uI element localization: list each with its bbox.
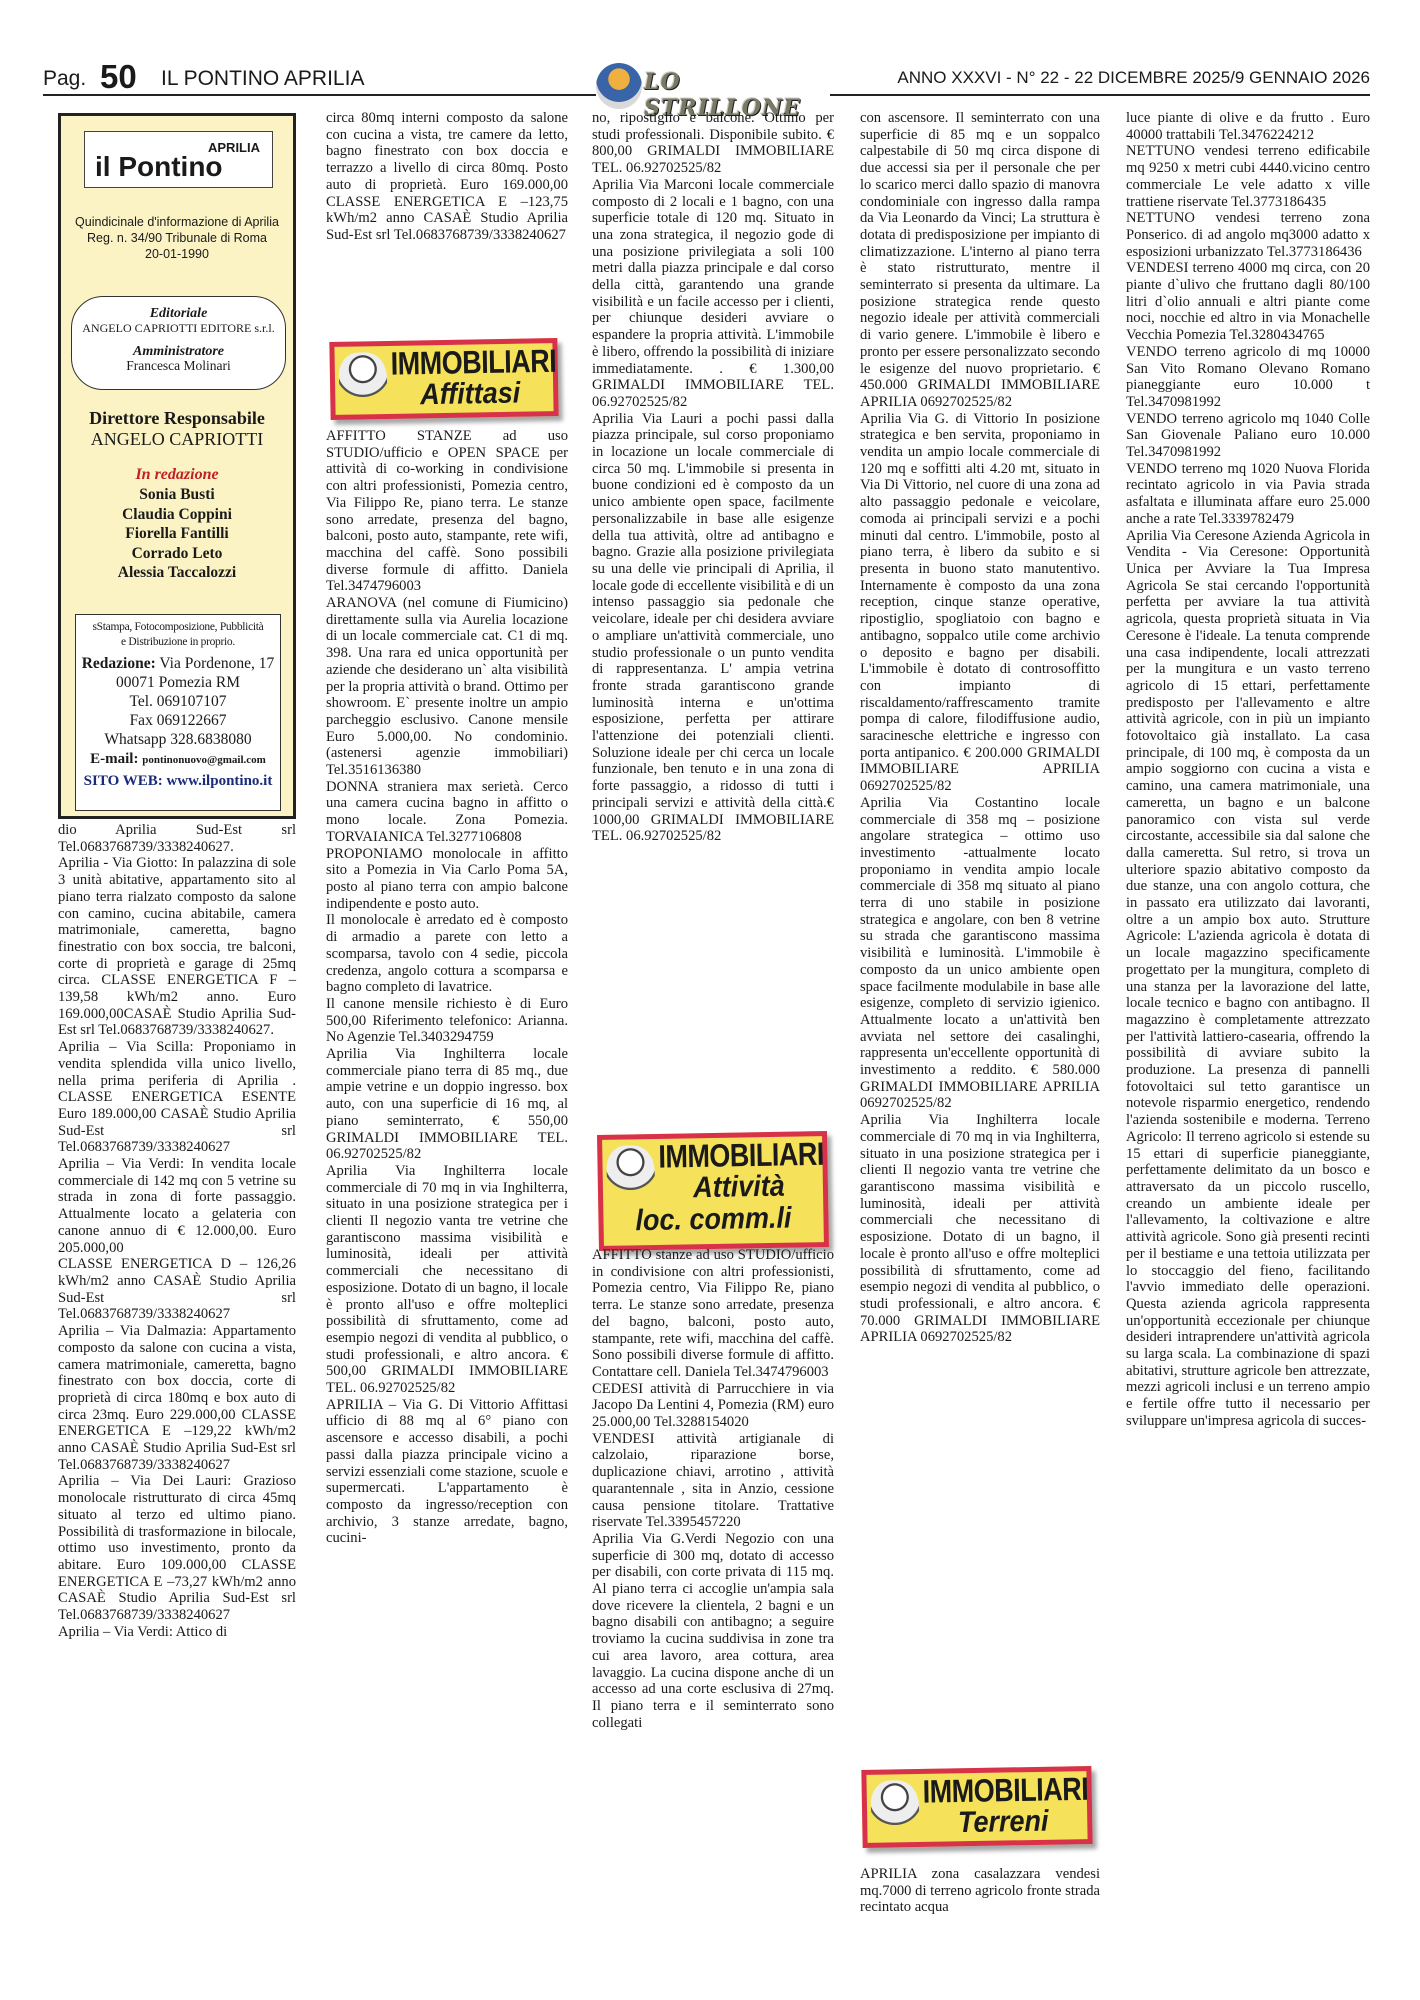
email-line: E-mail: pontinonuovo@gmail.com bbox=[76, 749, 280, 771]
email-link[interactable]: pontinonuovo@gmail.com bbox=[142, 754, 266, 766]
classified-ad: NETTUNO vendesi terreno zona Ponserico. … bbox=[1126, 210, 1370, 260]
classified-ad: Aprilia Via G.Verdi Negozio con una supe… bbox=[592, 1531, 834, 1731]
classified-ad: dio Aprilia Sud-Est srl Tel.0683768739/3… bbox=[58, 822, 296, 855]
banner-subtitle: Terreni bbox=[923, 1804, 1084, 1841]
website-link[interactable]: SITO WEB: www.ilpontino.it bbox=[76, 771, 280, 792]
brand-name: il Pontino bbox=[95, 151, 223, 183]
whatsapp: Whatsapp 328.6838080 bbox=[76, 730, 280, 749]
classified-ad: Il canone mensile richiesto è di Euro 50… bbox=[326, 996, 568, 1046]
banner-subtitle-2: loc. comm.li bbox=[603, 1201, 824, 1239]
director-name: ANGELO CAPRIOTTI bbox=[61, 429, 293, 450]
classified-ad: Il monolocale è arredato ed è composto d… bbox=[326, 912, 568, 996]
publication-title: IL PONTINO APRILIA bbox=[161, 67, 364, 91]
redazione-address-label: Redazione: bbox=[82, 655, 156, 672]
header-rule bbox=[830, 94, 1370, 96]
staff-member: Alessia Taccalozzi bbox=[61, 563, 293, 583]
classified-ad: VENDESI attività artigianale di calzolai… bbox=[592, 1431, 834, 1531]
staff-member: Sonia Busti bbox=[61, 485, 293, 505]
newsboy-mascot-icon bbox=[596, 63, 642, 109]
newsboy-mascot-icon bbox=[606, 1145, 655, 1202]
publisher-box: Editoriale ANGELO CAPRIOTTI EDITORE s.r.… bbox=[71, 296, 286, 390]
director-label: Direttore Responsabile bbox=[61, 408, 293, 429]
classified-ad: AFFITTO stanze ad uso STUDIO/ufficio in … bbox=[592, 1247, 834, 1381]
classified-ad: Aprilia – Via Scilla: Proponiamo in vend… bbox=[58, 1039, 296, 1156]
classified-ad: Aprilia Via Inghilterra locale commercia… bbox=[326, 1163, 568, 1397]
classified-ad: AFFITTO STANZE ad uso STUDIO/ufficio e O… bbox=[326, 428, 568, 595]
page-label: Pag. bbox=[43, 67, 86, 91]
staff-member: Claudia Coppini bbox=[61, 505, 293, 525]
classified-ad: APRILIA – Via G. Di Vittorio Affittasi u… bbox=[326, 1397, 568, 1547]
redazione-address: Redazione: Via Pordenone, 17 bbox=[76, 654, 280, 673]
masthead-box: APRILIA il Pontino Quindicinale d'inform… bbox=[58, 113, 296, 819]
banner-subtitle: Affittasi bbox=[391, 376, 550, 413]
classified-ad: ARANOVA (nel comune di Fiumicino) dirett… bbox=[326, 595, 568, 779]
issue-date: ANNO XXXVI - N° 22 - 22 DICEMBRE 2025/9 … bbox=[897, 68, 1370, 88]
phone: Tel. 069107107 bbox=[76, 692, 280, 711]
classified-ad: Aprilia – Via Dei Lauri: Grazioso monolo… bbox=[58, 1473, 296, 1623]
city: 00071 Pomezia RM bbox=[76, 673, 280, 692]
classified-ad: Aprilia Via Inghilterra locale commercia… bbox=[860, 1112, 1100, 1346]
classified-ad: APRILIA zona casalazzara vendesi mq.7000… bbox=[860, 1866, 1100, 1916]
classified-ad: VENDO terreno agricolo mq 1040 Colle San… bbox=[1126, 411, 1370, 461]
classified-ad: Aprilia Via Inghilterra locale commercia… bbox=[326, 1046, 568, 1163]
classified-ad: Aprilia – Via Verdi: Attico di bbox=[58, 1624, 296, 1641]
editoriale-label: Editoriale bbox=[72, 307, 285, 321]
brand-logo: APRILIA il Pontino bbox=[84, 131, 273, 188]
column-1: dio Aprilia Sud-Est srl Tel.0683768739/3… bbox=[58, 822, 296, 1640]
page-header-left: Pag. 50 IL PONTINO APRILIA bbox=[43, 56, 603, 96]
column-2-bottom: AFFITTO STANZE ad uso STUDIO/ufficio e O… bbox=[326, 428, 568, 1547]
page-header-right: ANNO XXXVI - N° 22 - 22 DICEMBRE 2025/9 … bbox=[830, 56, 1375, 96]
amministratore-name: Francesca Molinari bbox=[72, 359, 285, 373]
classified-ad: circa 80mq interni composto da salone co… bbox=[326, 110, 568, 244]
staff-member: Corrado Leto bbox=[61, 544, 293, 564]
classified-ad: VENDO terreno agricolo di mq 10000 San V… bbox=[1126, 344, 1370, 411]
publisher-name: ANGELO CAPRIOTTI EDITORE s.r.l. bbox=[72, 321, 285, 335]
classified-ad: Aprilia Via Costantino locale commercial… bbox=[860, 795, 1100, 1112]
classified-ad: Aprilia – Via Dalmazia: Appartamento com… bbox=[58, 1323, 296, 1473]
classified-ad: Aprilia – Via Verdi: In vendita locale c… bbox=[58, 1156, 296, 1256]
column-3-bottom: AFFITTO stanze ad uso STUDIO/ufficio in … bbox=[592, 1247, 834, 1731]
classified-ad: VENDESI terreno 4000 mq circa, con 20 pi… bbox=[1126, 260, 1370, 344]
classified-ad: Aprilia Via Lauri a pochi passi dalla pi… bbox=[592, 411, 834, 845]
classified-ad: no, ripostiglio e balcone. Ottimo per st… bbox=[592, 110, 834, 177]
newsboy-mascot-icon bbox=[339, 352, 388, 409]
classified-ad: DONNA straniera max serietà. Cerco una c… bbox=[326, 779, 568, 846]
classified-ad: VENDO terreno mq 1020 Nuova Florida reci… bbox=[1126, 461, 1370, 528]
info-line: Quindicinale d'informazione di Aprilia bbox=[61, 214, 293, 230]
redazione-label: In redazione bbox=[61, 466, 293, 484]
stampa-line: e Distribuzione in proprio. bbox=[76, 635, 280, 650]
classified-ad: luce piante di olive e da frutto . Euro … bbox=[1126, 110, 1370, 143]
fax: Fax 069122667 bbox=[76, 711, 280, 730]
contact-box: sStampa, Fotocomposizione, Pubblicità e … bbox=[75, 614, 281, 811]
lo-strillone-logo: LO STRILLONE bbox=[596, 63, 826, 109]
stampa-line: sStampa, Fotocomposizione, Pubblicità bbox=[76, 615, 280, 635]
column-4-top: con ascensore. Il seminterrato con una s… bbox=[860, 110, 1100, 1346]
classified-ad: CEDESI attività di Parrucchiere in via J… bbox=[592, 1381, 834, 1431]
column-5: luce piante di olive e da frutto . Euro … bbox=[1126, 110, 1370, 1430]
classified-ad: NETTUNO vendesi terreno edificabile mq 9… bbox=[1126, 143, 1370, 210]
column-4-bottom: APRILIA zona casalazzara vendesi mq.7000… bbox=[860, 1866, 1100, 1916]
page-number: 50 bbox=[100, 58, 137, 96]
classified-ad: Aprilia Via G. di Vittorio In posizione … bbox=[860, 411, 1100, 795]
info-line: 20-01-1990 bbox=[61, 246, 293, 262]
column-2-top: circa 80mq interni composto da salone co… bbox=[326, 110, 568, 244]
banner-subtitle: Attività bbox=[659, 1169, 820, 1206]
staff-member: Fiorella Fantilli bbox=[61, 524, 293, 544]
staff-list: Sonia Busti Claudia Coppini Fiorella Fan… bbox=[61, 485, 293, 583]
section-banner-affittasi: IMMOBILIARI Affittasi bbox=[329, 338, 558, 420]
classified-ad: Aprilia - Via Giotto: In palazzina di so… bbox=[58, 855, 296, 1039]
classified-ad: Aprilia Via Ceresone Azienda Agricola in… bbox=[1126, 528, 1370, 1430]
amministratore-label: Amministratore bbox=[72, 345, 285, 359]
classified-ad: Aprilia Via Marconi locale commerciale c… bbox=[592, 177, 834, 411]
section-banner-terreni: IMMOBILIARI Terreni bbox=[861, 1766, 1092, 1848]
header-rule bbox=[43, 94, 596, 96]
classified-ad: PROPONIAMO monolocale in affitto sito a … bbox=[326, 846, 568, 913]
info-line: Reg. n. 34/90 Tribunale di Roma bbox=[61, 230, 293, 246]
publication-info: Quindicinale d'informazione di Aprilia R… bbox=[61, 214, 293, 262]
classified-ad: con ascensore. Il seminterrato con una s… bbox=[860, 110, 1100, 411]
newsboy-mascot-icon bbox=[871, 1780, 920, 1837]
classified-ad: CLASSE ENERGETICA D – 126,26 kWh/m2 anno… bbox=[58, 1256, 296, 1323]
column-3-top: no, ripostiglio e balcone. Ottimo per st… bbox=[592, 110, 834, 845]
director-block: Direttore Responsabile ANGELO CAPRIOTTI bbox=[61, 408, 293, 450]
section-banner-attivita: IMMOBILIARI Attività loc. comm.li bbox=[597, 1131, 829, 1251]
